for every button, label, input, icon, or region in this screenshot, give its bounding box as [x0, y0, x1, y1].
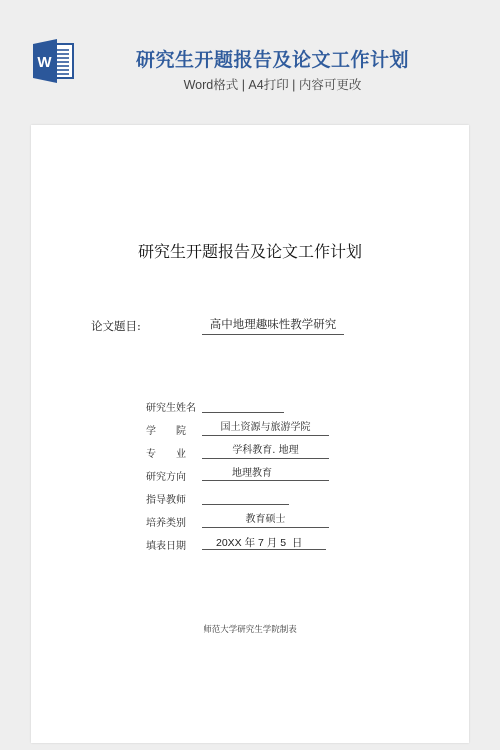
field-row-student-name: 研究生姓名	[146, 399, 446, 419]
field-label: 培养类别	[146, 514, 202, 529]
field-row-advisor: 指导教师	[146, 491, 446, 511]
field-value-fill-date: 20XX 年 7 月 5 日	[202, 536, 326, 550]
document-title: 研究生开题报告及论文工作计划	[31, 239, 469, 262]
field-label: 研究生姓名	[146, 399, 202, 414]
field-row-training-type: 培养类别 教育硕士	[146, 514, 446, 534]
field-value-major: 学科教育. 地理	[202, 444, 329, 459]
field-row-research-direction: 研究方向 地理教育	[146, 468, 446, 488]
field-label: 专 业	[146, 445, 186, 460]
header-subtitle: Word格式 | A4打印 | 内容可更改	[0, 75, 500, 93]
field-row-major: 专 业 学科教育. 地理	[146, 445, 446, 465]
field-label: 学 院	[146, 422, 186, 437]
thesis-title-label: 论文题目:	[91, 318, 141, 334]
field-value-advisor	[202, 490, 289, 505]
field-value-training-type: 教育硕士	[202, 513, 329, 528]
header-title: 研究生开题报告及论文工作计划	[0, 45, 500, 72]
field-value-research-direction: 地理教育	[202, 467, 329, 481]
field-row-college: 学 院 国土资源与旅游学院	[146, 422, 446, 442]
thesis-title-value: 高中地理趣味性教学研究	[202, 316, 344, 335]
document-page: 研究生开题报告及论文工作计划 论文题目: 高中地理趣味性教学研究 研究生姓名 学…	[31, 125, 469, 743]
field-value-college: 国土资源与旅游学院	[202, 421, 329, 436]
field-row-fill-date: 填表日期 20XX 年 7 月 5 日	[146, 537, 446, 557]
page-header: W 研究生开题报告及论文工作计划 Word格式 | A4打印 | 内容可更改	[0, 0, 500, 120]
field-value-student-name	[202, 398, 284, 413]
field-label: 指导教师	[146, 491, 202, 506]
field-label: 研究方向	[146, 468, 202, 483]
document-footer-note: 师范大学研究生学院制表	[31, 623, 469, 635]
field-label: 填表日期	[146, 537, 202, 552]
